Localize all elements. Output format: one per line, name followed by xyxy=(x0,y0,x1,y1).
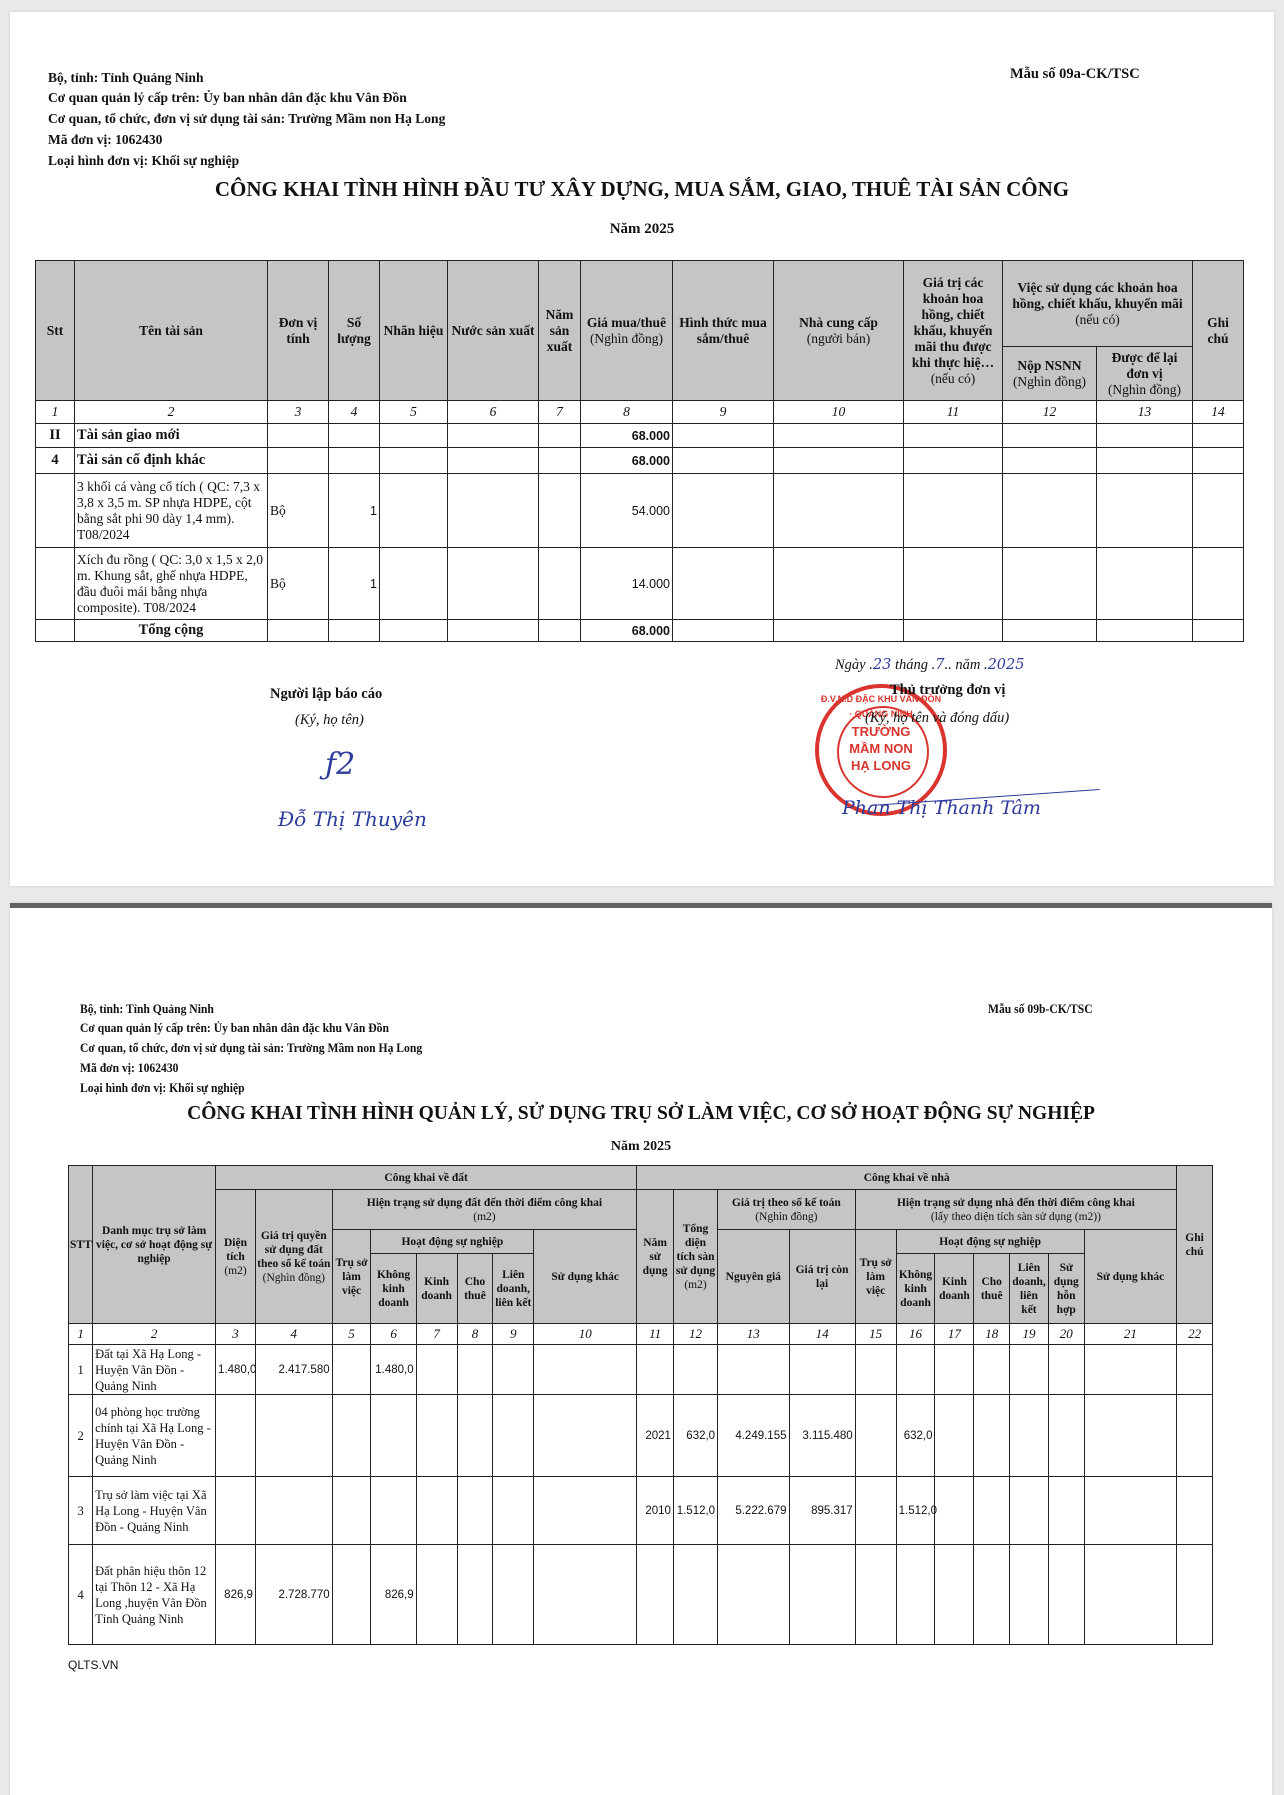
cell-empty xyxy=(1003,448,1097,474)
column-index: 13 xyxy=(718,1324,789,1345)
cell-name: Trụ sở làm việc tại Xã Hạ Long - Huyện V… xyxy=(93,1477,216,1545)
col-unit: Đơn vị tính xyxy=(268,261,329,401)
col-land-joint: Liên doanh, liên kết xyxy=(493,1254,534,1324)
col-name: Tên tài sản xyxy=(75,261,268,401)
cell-empty xyxy=(935,1477,974,1545)
cell-empty xyxy=(1048,1345,1084,1395)
cell-empty xyxy=(1097,548,1193,620)
column-index: 13 xyxy=(1097,401,1193,424)
column-index: 3 xyxy=(268,401,329,424)
cell-empty xyxy=(974,1395,1010,1477)
cell-empty xyxy=(1010,1345,1049,1395)
col-qty: Số lượng xyxy=(329,261,380,401)
cell-remaining-value: 3.115.480 xyxy=(789,1395,855,1477)
cell-empty xyxy=(493,1345,534,1395)
page-title: CÔNG KHAI TÌNH HÌNH ĐẦU TƯ XÂY DỰNG, MUA… xyxy=(10,177,1274,202)
column-index: 4 xyxy=(329,401,380,424)
cell-empty xyxy=(1097,424,1193,448)
cell-empty xyxy=(1193,448,1244,474)
cell-empty xyxy=(1048,1545,1084,1645)
cell-empty xyxy=(904,474,1003,548)
cell-name: Đất tại Xã Hạ Long - Huyện Vân Đồn - Quả… xyxy=(93,1345,216,1395)
cell-empty xyxy=(974,1345,1010,1395)
cell-original-value: 5.222.679 xyxy=(718,1477,789,1545)
cell-empty xyxy=(380,474,448,548)
cell-year-used: 2021 xyxy=(637,1395,674,1477)
info-supervisor: Cơ quan quản lý cấp trên: Ủy ban nhân dâ… xyxy=(48,90,407,106)
total-price: 68.000 xyxy=(581,620,673,642)
table-row: 4Tài sản cố định khác68.000 xyxy=(36,448,1244,474)
cell-empty xyxy=(493,1545,534,1645)
column-index: 9 xyxy=(493,1324,534,1345)
cell-land-office xyxy=(332,1345,371,1395)
col-land-group: Công khai về đất xyxy=(216,1166,637,1190)
cell-empty xyxy=(904,424,1003,448)
cell-name: Xích đu rồng ( QC: 3,0 x 1,5 x 2,0 m. Kh… xyxy=(75,548,268,620)
table-row: 1Đất tại Xã Hạ Long - Huyện Vân Đồn - Qu… xyxy=(69,1345,1213,1395)
column-index-row: 12345678910111213141516171819202122 xyxy=(69,1324,1213,1345)
col-stt: Stt xyxy=(36,261,75,401)
cell-empty xyxy=(673,424,774,448)
col-house-business: Kinh doanh xyxy=(935,1254,974,1324)
preparer-signature: ƒ2 xyxy=(325,747,355,782)
cell-empty xyxy=(1193,548,1244,620)
col-remaining-value: Giá trị còn lại xyxy=(789,1230,855,1324)
cell-stt: 3 xyxy=(69,1477,93,1545)
cell-empty xyxy=(1177,1477,1213,1545)
cell-empty xyxy=(1097,448,1193,474)
cell-total-floor: 1.512,0 xyxy=(673,1477,717,1545)
column-index: 21 xyxy=(1084,1324,1177,1345)
asset-purchase-table: Stt Tên tài sản Đơn vị tính Số lượng Nhã… xyxy=(35,260,1244,642)
col-stt: STT xyxy=(69,1166,93,1324)
cell-total-floor: 632,0 xyxy=(673,1395,717,1477)
col-land-other: Sử dụng khác xyxy=(534,1230,637,1324)
cell-house-non-business: 1.512,0 xyxy=(896,1477,935,1545)
cell-house-office xyxy=(855,1477,896,1545)
cell-land-non-business: 1.480,0 xyxy=(371,1345,416,1395)
column-index: 12 xyxy=(673,1324,717,1345)
column-index: 6 xyxy=(371,1324,416,1345)
col-land-business: Kinh doanh xyxy=(416,1254,457,1324)
cell-remaining-value xyxy=(789,1345,855,1395)
document-page-2: Bộ, tỉnh: Tỉnh Quảng Ninh Cơ quan quản l… xyxy=(10,903,1272,1795)
cell-house-office xyxy=(855,1345,896,1395)
cell-empty xyxy=(380,448,448,474)
info-unit-type: Loại hình đơn vị: Khối sự nghiệp xyxy=(48,153,239,169)
cell-empty xyxy=(539,448,581,474)
column-index: 15 xyxy=(855,1324,896,1345)
cell-empty xyxy=(774,448,904,474)
column-index: 4 xyxy=(255,1324,332,1345)
cell-original-value xyxy=(718,1545,789,1645)
column-index: 11 xyxy=(637,1324,674,1345)
column-index: 10 xyxy=(534,1324,637,1345)
column-index: 7 xyxy=(416,1324,457,1345)
cell-empty xyxy=(1084,1545,1177,1645)
cell-empty xyxy=(1193,424,1244,448)
cell-empty xyxy=(380,424,448,448)
column-index: 1 xyxy=(36,401,75,424)
cell-remaining-value xyxy=(789,1545,855,1645)
table-row: 4Đất phân hiệu thôn 12 tại Thôn 12 - Xã … xyxy=(69,1545,1213,1645)
cell-empty xyxy=(448,474,539,548)
cell-land-office xyxy=(332,1477,371,1545)
cell-empty xyxy=(416,1545,457,1645)
cell-empty xyxy=(1010,1545,1049,1645)
column-index: 19 xyxy=(1010,1324,1049,1345)
cell-qty: 1 xyxy=(329,474,380,548)
column-index: 16 xyxy=(896,1324,935,1345)
cell-year-used xyxy=(637,1545,674,1645)
table-row: Xích đu rồng ( QC: 3,0 x 1,5 x 2,0 m. Kh… xyxy=(36,548,1244,620)
cell-empty xyxy=(457,1545,493,1645)
cell-house-office xyxy=(855,1395,896,1477)
column-index: 1 xyxy=(69,1324,93,1345)
total-row: Tổng cộng 68.000 xyxy=(36,620,1244,642)
cell-stt: 4 xyxy=(36,448,75,474)
cell-qty xyxy=(329,448,380,474)
col-supplier: Nhà cung cấp(người bán) xyxy=(774,261,904,401)
cell-empty xyxy=(534,1545,637,1645)
col-note: Ghi chú xyxy=(1177,1166,1213,1324)
col-brand: Nhãn hiệu xyxy=(380,261,448,401)
column-index: 2 xyxy=(93,1324,216,1345)
table-row: 204 phòng học trường chính tại Xã Hạ Lon… xyxy=(69,1395,1213,1477)
column-index: 7 xyxy=(539,401,581,424)
info-province: Bộ, tỉnh: Tỉnh Quảng Ninh xyxy=(48,70,203,86)
cell-empty xyxy=(1003,474,1097,548)
cell-empty xyxy=(974,1477,1010,1545)
cell-empty xyxy=(1084,1345,1177,1395)
cell-empty xyxy=(1003,548,1097,620)
table-row: 3Trụ sở làm việc tại Xã Hạ Long - Huyện … xyxy=(69,1477,1213,1545)
cell-land-non-business xyxy=(371,1395,416,1477)
col-house-joint: Liên doanh, liên kết xyxy=(1010,1254,1049,1324)
info-unit-code: Mã đơn vị: 1062430 xyxy=(48,132,162,148)
cell-empty xyxy=(774,474,904,548)
cell-unit xyxy=(268,424,329,448)
cell-original-value: 4.249.155 xyxy=(718,1395,789,1477)
cell-remaining-value: 895.317 xyxy=(789,1477,855,1545)
page-title: CÔNG KHAI TÌNH HÌNH QUẢN LÝ, SỬ DỤNG TRỤ… xyxy=(10,1103,1272,1125)
cell-empty xyxy=(1003,424,1097,448)
col-land-career: Hoạt động sự nghiệp xyxy=(371,1230,534,1254)
report-year: Năm 2025 xyxy=(10,221,1274,238)
column-index: 22 xyxy=(1177,1324,1213,1345)
cell-land-value: 2.417.580 xyxy=(255,1345,332,1395)
col-house-non-business: Không kinh doanh xyxy=(896,1254,935,1324)
cell-empty xyxy=(904,448,1003,474)
col-house-other: Sử dụng khác xyxy=(1084,1230,1177,1324)
cell-unit xyxy=(268,448,329,474)
col-commission: Giá trị các khoản hoa hồng, chiết khấu, … xyxy=(904,261,1003,401)
col-house-group: Công khai về nhà xyxy=(637,1166,1177,1190)
cell-stt: 4 xyxy=(69,1545,93,1645)
cell-land-value: 2.728.770 xyxy=(255,1545,332,1645)
cell-empty xyxy=(457,1345,493,1395)
cell-land-non-business xyxy=(371,1477,416,1545)
column-index: 3 xyxy=(216,1324,256,1345)
col-name: Danh mục trụ sở làm việc, cơ sở hoạt độn… xyxy=(93,1166,216,1324)
cell-original-value xyxy=(718,1345,789,1395)
cell-empty xyxy=(539,424,581,448)
column-index: 8 xyxy=(457,1324,493,1345)
cell-house-office xyxy=(855,1545,896,1645)
col-land-status: Hiện trạng sử dụng đất đến thời điểm côn… xyxy=(332,1190,637,1230)
column-index: 2 xyxy=(75,401,268,424)
cell-empty xyxy=(1084,1477,1177,1545)
office-facility-table: STT Danh mục trụ sở làm việc, cơ sở hoạt… xyxy=(68,1165,1213,1645)
cell-empty xyxy=(534,1345,637,1395)
cell-price: 68.000 xyxy=(581,448,673,474)
cell-empty xyxy=(457,1395,493,1477)
form-code: Mẫu số 09a-CK/TSC xyxy=(1010,66,1140,83)
cell-empty xyxy=(1084,1395,1177,1477)
cell-empty xyxy=(493,1477,534,1545)
cell-empty xyxy=(1010,1395,1049,1477)
cell-empty xyxy=(935,1345,974,1395)
cell-empty xyxy=(1097,474,1193,548)
cell-price: 14.000 xyxy=(581,548,673,620)
column-index-row: 1234567891011121314 xyxy=(36,401,1244,424)
column-index: 18 xyxy=(974,1324,1010,1345)
column-index: 6 xyxy=(448,401,539,424)
col-country: Nước sản xuất xyxy=(448,261,539,401)
col-house-career: Hoạt động sự nghiệp xyxy=(896,1230,1084,1254)
col-house-status: Hiện trạng sử dụng nhà đến thời điểm côn… xyxy=(855,1190,1176,1230)
head-title: Thủ trưởng đơn vị xyxy=(890,682,1005,699)
info-unit-type: Loại hình đơn vị: Khối sự nghiệp xyxy=(80,1081,245,1096)
cell-land-office xyxy=(332,1395,371,1477)
column-index: 12 xyxy=(1003,401,1097,424)
info-supervisor: Cơ quan quản lý cấp trên: Ủy ban nhân dâ… xyxy=(80,1021,389,1036)
preparer-title: Người lập báo cáo xyxy=(270,686,382,703)
col-retained: Được để lại đơn vị(Nghìn đồng) xyxy=(1097,347,1193,401)
cell-area: 826,9 xyxy=(216,1545,256,1645)
cell-year-used xyxy=(637,1345,674,1395)
column-index: 8 xyxy=(581,401,673,424)
table-row: IITài sản giao mới68.000 xyxy=(36,424,1244,448)
cell-area xyxy=(216,1395,256,1477)
cell-house-non-business xyxy=(896,1545,935,1645)
cell-empty xyxy=(974,1545,1010,1645)
cell-empty xyxy=(1010,1477,1049,1545)
col-land-non-business: Không kinh doanh xyxy=(371,1254,416,1324)
cell-empty xyxy=(904,548,1003,620)
col-area: Diện tích(m2) xyxy=(216,1190,256,1324)
cell-empty xyxy=(1048,1395,1084,1477)
cell-stt: 1 xyxy=(69,1345,93,1395)
cell-empty xyxy=(1177,1345,1213,1395)
cell-area: 1.480,0 xyxy=(216,1345,256,1395)
cell-year-used: 2010 xyxy=(637,1477,674,1545)
cell-price: 68.000 xyxy=(581,424,673,448)
preparer-note: (Ký, họ tên) xyxy=(295,712,364,729)
form-code: Mẫu số 09b-CK/TSC xyxy=(988,1002,1093,1017)
cell-empty xyxy=(673,548,774,620)
col-nsnn: Nộp NSNN(Nghìn đồng) xyxy=(1003,347,1097,401)
cell-empty xyxy=(539,474,581,548)
cell-stt: 2 xyxy=(69,1395,93,1477)
col-house-mixed: Sử dụng hỗn hợp xyxy=(1048,1254,1084,1324)
cell-qty xyxy=(329,424,380,448)
table-row: 3 khối cá vàng cổ tích ( QC: 7,3 x 3,8 x… xyxy=(36,474,1244,548)
cell-land-value xyxy=(255,1477,332,1545)
cell-empty xyxy=(534,1395,637,1477)
column-index: 11 xyxy=(904,401,1003,424)
cell-empty xyxy=(448,448,539,474)
cell-land-office xyxy=(332,1545,371,1645)
cell-empty xyxy=(539,548,581,620)
cell-empty xyxy=(416,1345,457,1395)
col-land-value: Giá trị quyền sử dụng đất theo sổ kế toá… xyxy=(255,1190,332,1324)
cell-empty xyxy=(935,1545,974,1645)
col-land-rent: Cho thuê xyxy=(457,1254,493,1324)
col-land-office: Trụ sở làm việc xyxy=(332,1230,371,1324)
col-total-floor: Tổng diện tích sàn sử dụng(m2) xyxy=(673,1190,717,1324)
cell-empty xyxy=(673,448,774,474)
preparer-name: Đỗ Thị Thuyên xyxy=(278,807,427,831)
info-organization: Cơ quan, tổ chức, đơn vị sử dụng tài sản… xyxy=(80,1041,422,1056)
cell-empty xyxy=(774,424,904,448)
cell-empty xyxy=(673,474,774,548)
cell-total-floor xyxy=(673,1545,717,1645)
col-original-value: Nguyên giá xyxy=(718,1230,789,1324)
cell-empty xyxy=(457,1477,493,1545)
column-index: 10 xyxy=(774,401,904,424)
col-year-used: Năm sử dụng xyxy=(637,1190,674,1324)
cell-empty xyxy=(1193,474,1244,548)
cell-empty xyxy=(935,1395,974,1477)
cell-unit: Bộ xyxy=(268,474,329,548)
cell-empty xyxy=(774,548,904,620)
col-book-value: Giá trị theo sổ kế toán (Nghìn đồng) xyxy=(718,1190,856,1230)
cell-empty xyxy=(1048,1477,1084,1545)
sign-date: Ngày .23 tháng .7.. thángnăm .2025 xyxy=(835,657,1024,674)
cell-empty xyxy=(493,1395,534,1477)
cell-area xyxy=(216,1477,256,1545)
cell-name: Tài sản giao mới xyxy=(75,424,268,448)
col-price: Giá mua/thuê(Nghìn đồng) xyxy=(581,261,673,401)
col-house-rent: Cho thuê xyxy=(974,1254,1010,1324)
cell-name: Đất phân hiệu thôn 12 tại Thôn 12 - Xã H… xyxy=(93,1545,216,1645)
cell-house-non-business: 632,0 xyxy=(896,1395,935,1477)
cell-price: 54.000 xyxy=(581,474,673,548)
col-usage-group: Việc sử dụng các khoản hoa hồng, chiết k… xyxy=(1003,261,1193,347)
cell-empty xyxy=(534,1477,637,1545)
info-unit-code: Mã đơn vị: 1062430 xyxy=(80,1061,178,1076)
cell-stt xyxy=(36,548,75,620)
cell-empty xyxy=(448,424,539,448)
cell-stt: II xyxy=(36,424,75,448)
head-note: (Ký, họ tên và đóng dấu) xyxy=(865,710,1009,727)
cell-empty xyxy=(416,1395,457,1477)
col-year: Năm sản xuất xyxy=(539,261,581,401)
cell-name: 3 khối cá vàng cổ tích ( QC: 7,3 x 3,8 x… xyxy=(75,474,268,548)
cell-empty xyxy=(1177,1395,1213,1477)
document-page-1: Bộ, tỉnh: Tỉnh Quảng Ninh Cơ quan quản l… xyxy=(10,12,1274,886)
cell-land-value xyxy=(255,1395,332,1477)
cell-land-non-business: 826,9 xyxy=(371,1545,416,1645)
column-index: 14 xyxy=(1193,401,1244,424)
cell-name: Tài sản cố định khác xyxy=(75,448,268,474)
col-method: Hình thức mua sắm/thuê xyxy=(673,261,774,401)
info-organization: Cơ quan, tổ chức, đơn vị sử dụng tài sản… xyxy=(48,111,445,127)
info-province: Bộ, tỉnh: Tỉnh Quảng Ninh xyxy=(80,1002,214,1017)
footer-brand: QLTS.VN xyxy=(68,1658,118,1672)
column-index: 5 xyxy=(380,401,448,424)
col-note: Ghi chú xyxy=(1193,261,1244,401)
cell-empty xyxy=(380,548,448,620)
cell-empty xyxy=(416,1477,457,1545)
column-index: 9 xyxy=(673,401,774,424)
column-index: 20 xyxy=(1048,1324,1084,1345)
column-index: 17 xyxy=(935,1324,974,1345)
cell-house-non-business xyxy=(896,1345,935,1395)
cell-empty xyxy=(448,548,539,620)
cell-unit: Bộ xyxy=(268,548,329,620)
col-house-office: Trụ sở làm việc xyxy=(855,1230,896,1324)
cell-stt xyxy=(36,474,75,548)
column-index: 5 xyxy=(332,1324,371,1345)
column-index: 14 xyxy=(789,1324,855,1345)
total-label: Tổng cộng xyxy=(75,620,268,642)
cell-name: 04 phòng học trường chính tại Xã Hạ Long… xyxy=(93,1395,216,1477)
cell-qty: 1 xyxy=(329,548,380,620)
cell-total-floor xyxy=(673,1345,717,1395)
report-year: Năm 2025 xyxy=(10,1139,1272,1155)
cell-empty xyxy=(1177,1545,1213,1645)
